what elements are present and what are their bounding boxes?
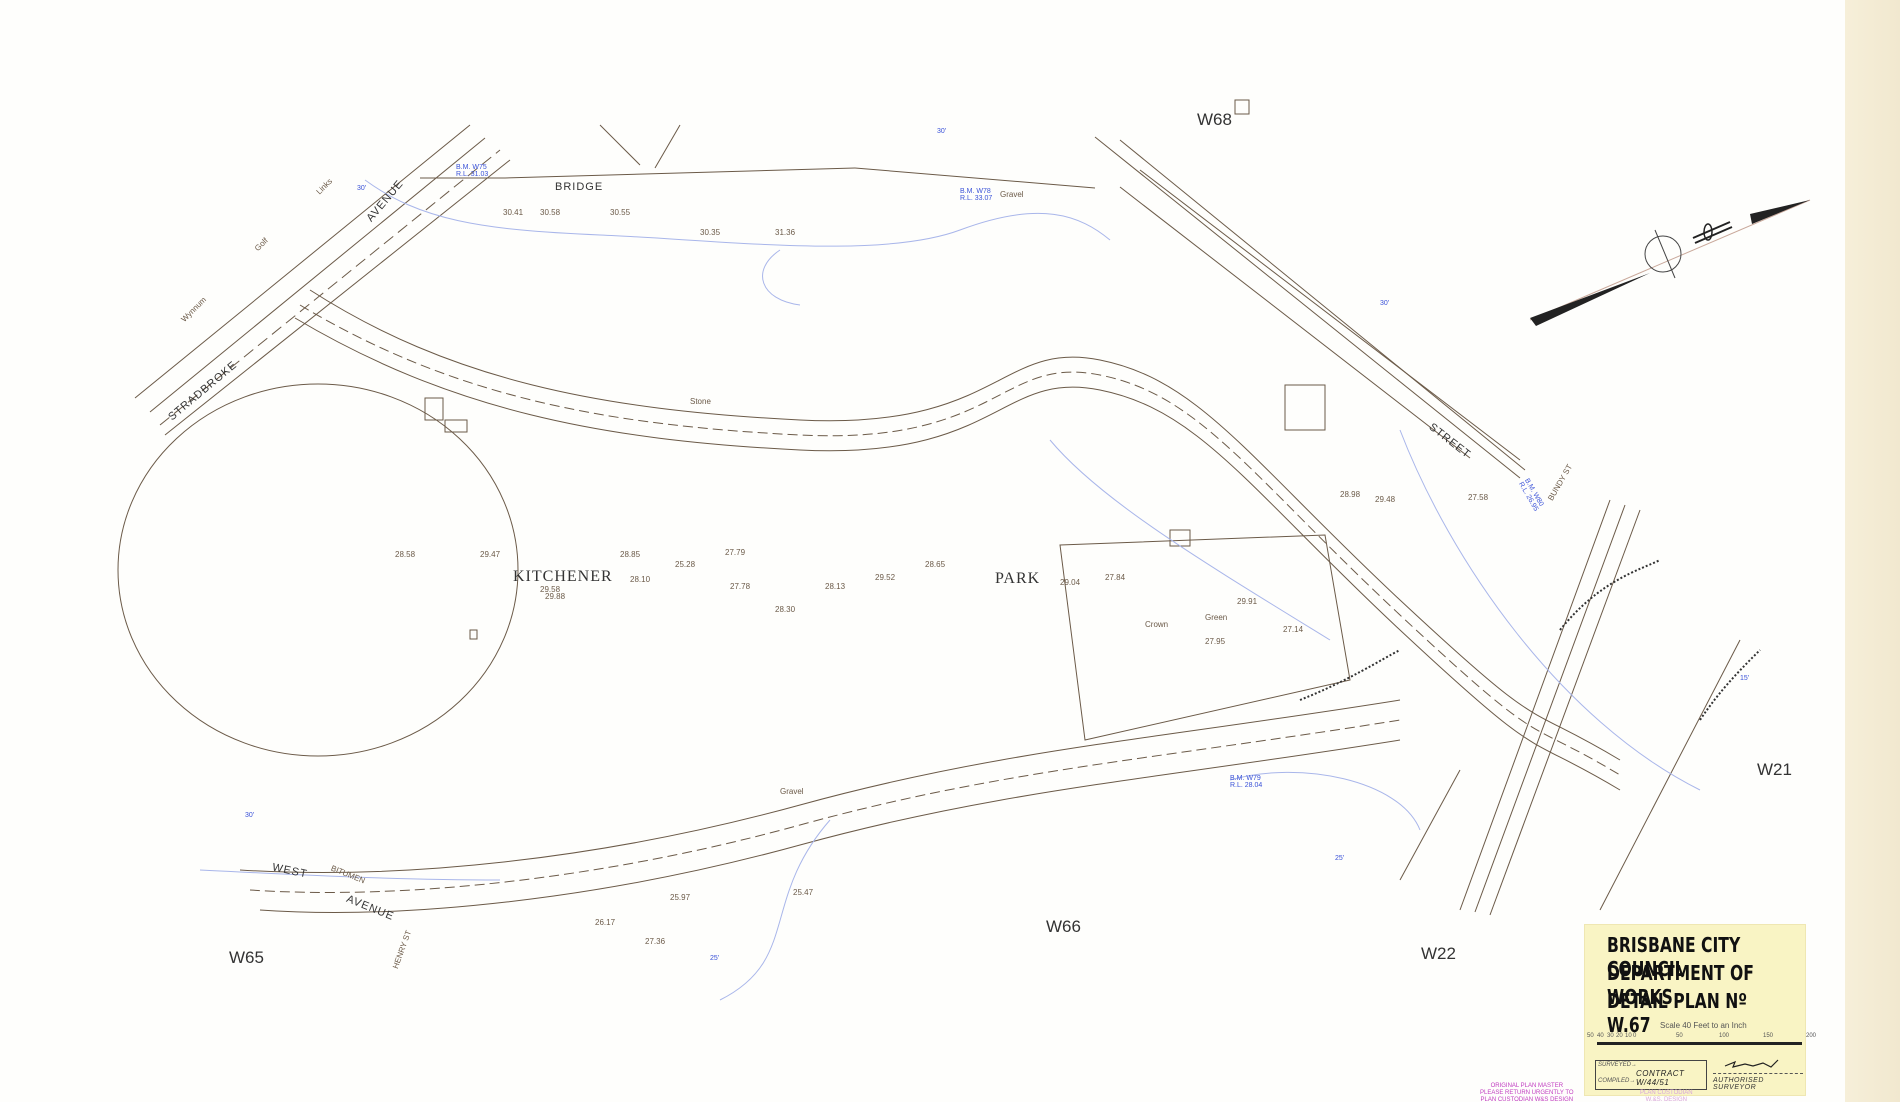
spot-level: 30.58 <box>540 208 560 217</box>
spot-level: 27.84 <box>1105 573 1125 582</box>
spot-level: 30.41 <box>503 208 523 217</box>
spot-level: 30.55 <box>610 208 630 217</box>
contour-label: 30' <box>245 812 254 819</box>
contour-label: 30' <box>1380 300 1389 307</box>
scale-bar <box>1597 1042 1802 1045</box>
title-block: BRISBANE CITY COUNCIL DEPARTMENT OF WORK… <box>1585 925 1805 1095</box>
scale-tick: 100 <box>1719 1033 1729 1039</box>
spot-level: 28.10 <box>630 575 650 584</box>
scale-tick: 10 <box>1625 1033 1632 1039</box>
spot-level: 27.79 <box>725 548 745 557</box>
spot-level: 26.17 <box>595 918 615 927</box>
spot-level: 28.98 <box>1340 490 1360 499</box>
surface-label-gravel: Gravel <box>1000 190 1024 199</box>
spot-level: 27.95 <box>1205 637 1225 646</box>
park-label-park: PARK <box>995 570 1040 588</box>
custodian-stamp: PLAN CUSTODIAN W.&S. DESIGN <box>1640 1090 1693 1102</box>
surface-label-green: Green <box>1205 613 1227 622</box>
spot-level: 29.04 <box>1060 578 1080 587</box>
spot-level: 28.85 <box>620 550 640 559</box>
surface-label-gravel-2: Gravel <box>780 787 804 796</box>
grid-ref-south: W66 <box>1046 917 1081 937</box>
spot-level: 28.13 <box>825 582 845 591</box>
scale-tick: 30 <box>1607 1033 1614 1039</box>
scale-tick: 50 <box>1676 1033 1683 1039</box>
benchmark-w79: B.M. W79R.L. 28.04 <box>1230 775 1262 789</box>
benchmark-w75: B.M. W75R.L. 31.03 <box>456 164 488 178</box>
spot-level: 29.48 <box>1375 495 1395 504</box>
spot-level: 27.58 <box>1468 493 1488 502</box>
spot-level: 29.52 <box>875 573 895 582</box>
grid-ref-southeast: W22 <box>1421 944 1456 964</box>
spot-level: 27.36 <box>645 937 665 946</box>
north-arrow-icon <box>1530 200 1810 326</box>
contour-label: 30' <box>357 185 366 192</box>
scale-tick: 50 <box>1587 1033 1594 1039</box>
spot-level: 31.36 <box>775 228 795 237</box>
spot-level: 25.47 <box>793 888 813 897</box>
contour-label: 25' <box>710 955 719 962</box>
signature-line <box>1713 1073 1803 1074</box>
scale-text: Scale 40 Feet to an Inch <box>1660 1021 1747 1030</box>
contour-label: 15' <box>1740 675 1749 682</box>
grid-ref-north: W68 <box>1197 110 1232 130</box>
scale-tick: 200 <box>1806 1033 1816 1039</box>
benchmark-w78: B.M. W78R.L. 33.07 <box>960 188 992 202</box>
scale-tick: 20 <box>1616 1033 1623 1039</box>
spot-level: 28.65 <box>925 560 945 569</box>
spot-level: 30.35 <box>700 228 720 237</box>
spot-level: 29.58 <box>540 585 560 594</box>
grid-ref-southwest: W65 <box>229 948 264 968</box>
spot-level: 25.97 <box>670 893 690 902</box>
scale-tick: 150 <box>1763 1033 1773 1039</box>
surveyed-label: SURVEYED→ <box>1598 1062 1637 1068</box>
spot-level: 25.28 <box>675 560 695 569</box>
park-label-kitchener: KITCHENER <box>513 568 613 586</box>
surface-label-crown: Crown <box>1145 620 1168 629</box>
compiled-label: COMPILED→ <box>1598 1078 1635 1084</box>
scale-tick: 0 <box>1633 1033 1636 1039</box>
spot-level: 29.91 <box>1237 597 1257 606</box>
plan-master-stamp: ORIGINAL PLAN MASTER PLEASE RETURN URGEN… <box>1480 1083 1574 1102</box>
authorised-surveyor-label: AUTHORISED SURVEYOR <box>1713 1077 1805 1091</box>
spot-level: 27.14 <box>1283 625 1303 634</box>
spot-level: 27.78 <box>730 582 750 591</box>
grid-ref-east: W21 <box>1757 760 1792 780</box>
contour-label: 30' <box>937 128 946 135</box>
contour-label: 25' <box>1335 855 1344 862</box>
contract-number: CONTRACT W/44/51 <box>1636 1069 1706 1087</box>
road-label-bridge: BRIDGE <box>555 181 603 193</box>
survey-info-box: SURVEYED→ COMPILED→ CONTRACT W/44/51 <box>1595 1060 1707 1090</box>
spot-level: 28.30 <box>775 605 795 614</box>
scale-tick: 40 <box>1597 1033 1604 1039</box>
surface-label-stone: Stone <box>690 397 711 406</box>
spot-level: 29.47 <box>480 550 500 559</box>
spot-level: 28.58 <box>395 550 415 559</box>
signature-icon <box>1723 1058 1783 1070</box>
